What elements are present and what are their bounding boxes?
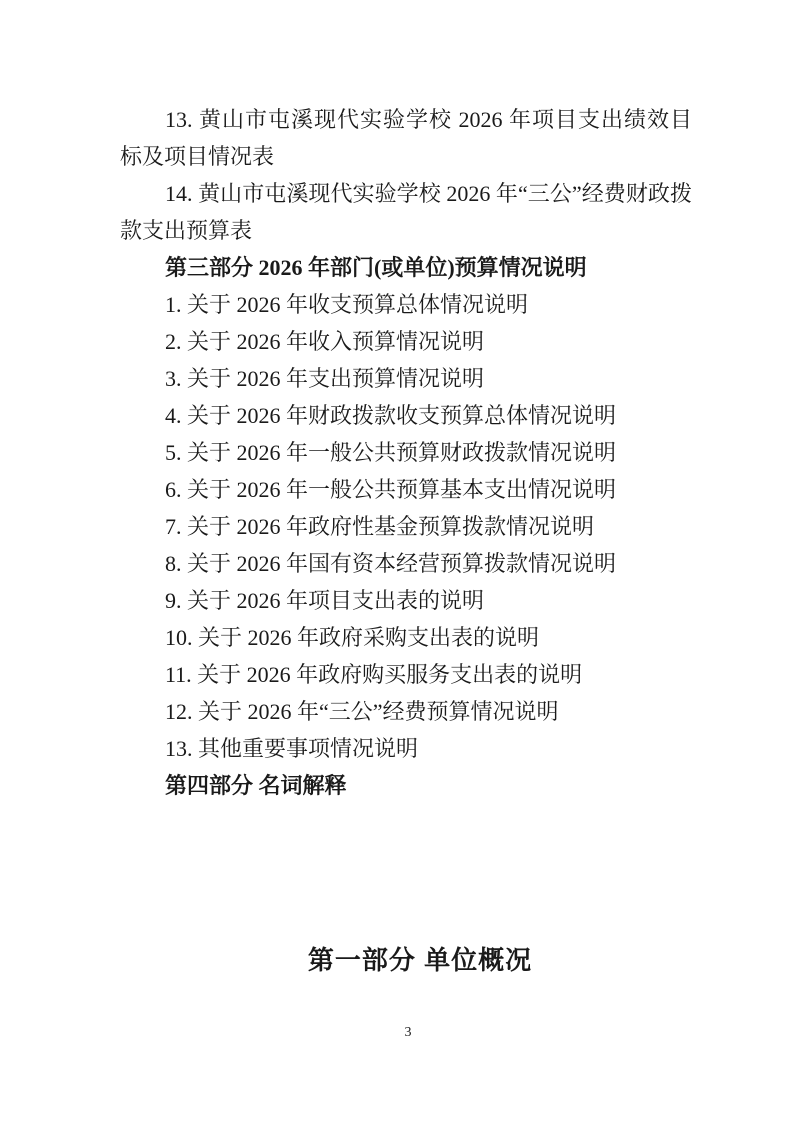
document-page: 13. 黄山市屯溪现代实验学校 2026 年项目支出绩效目标及项目情况表 14.… xyxy=(0,0,794,1122)
toc-entry: 10. 关于 2026 年政府采购支出表的说明 xyxy=(120,619,692,656)
toc-entry: 4. 关于 2026 年财政拨款收支预算总体情况说明 xyxy=(120,397,692,434)
part-one-section-title: 第一部分 单位概况 xyxy=(120,940,692,980)
toc-entry: 13. 黄山市屯溪现代实验学校 2026 年项目支出绩效目标及项目情况表 xyxy=(120,101,692,175)
toc-entry: 14. 黄山市屯溪现代实验学校 2026 年“三公”经费财政拨款支出预算表 xyxy=(120,175,692,249)
toc-entry: 2. 关于 2026 年收入预算情况说明 xyxy=(120,323,692,360)
page-number: 3 xyxy=(0,1024,794,1042)
toc-part-heading: 第四部分 名词解释 xyxy=(120,767,692,804)
toc-part-heading: 第三部分 2026 年部门(或单位)预算情况说明 xyxy=(120,249,692,286)
toc-entry: 13. 其他重要事项情况说明 xyxy=(120,730,692,767)
toc-entry: 9. 关于 2026 年项目支出表的说明 xyxy=(120,582,692,619)
toc-entry: 6. 关于 2026 年一般公共预算基本支出情况说明 xyxy=(120,471,692,508)
toc-entry: 5. 关于 2026 年一般公共预算财政拨款情况说明 xyxy=(120,434,692,471)
toc-entry: 12. 关于 2026 年“三公”经费预算情况说明 xyxy=(120,693,692,730)
toc-entry: 8. 关于 2026 年国有资本经营预算拨款情况说明 xyxy=(120,545,692,582)
toc-entry: 7. 关于 2026 年政府性基金预算拨款情况说明 xyxy=(120,508,692,545)
toc-content: 13. 黄山市屯溪现代实验学校 2026 年项目支出绩效目标及项目情况表 14.… xyxy=(120,101,692,980)
toc-entry: 3. 关于 2026 年支出预算情况说明 xyxy=(120,360,692,397)
toc-entry: 1. 关于 2026 年收支预算总体情况说明 xyxy=(120,286,692,323)
toc-entry: 11. 关于 2026 年政府购买服务支出表的说明 xyxy=(120,656,692,693)
